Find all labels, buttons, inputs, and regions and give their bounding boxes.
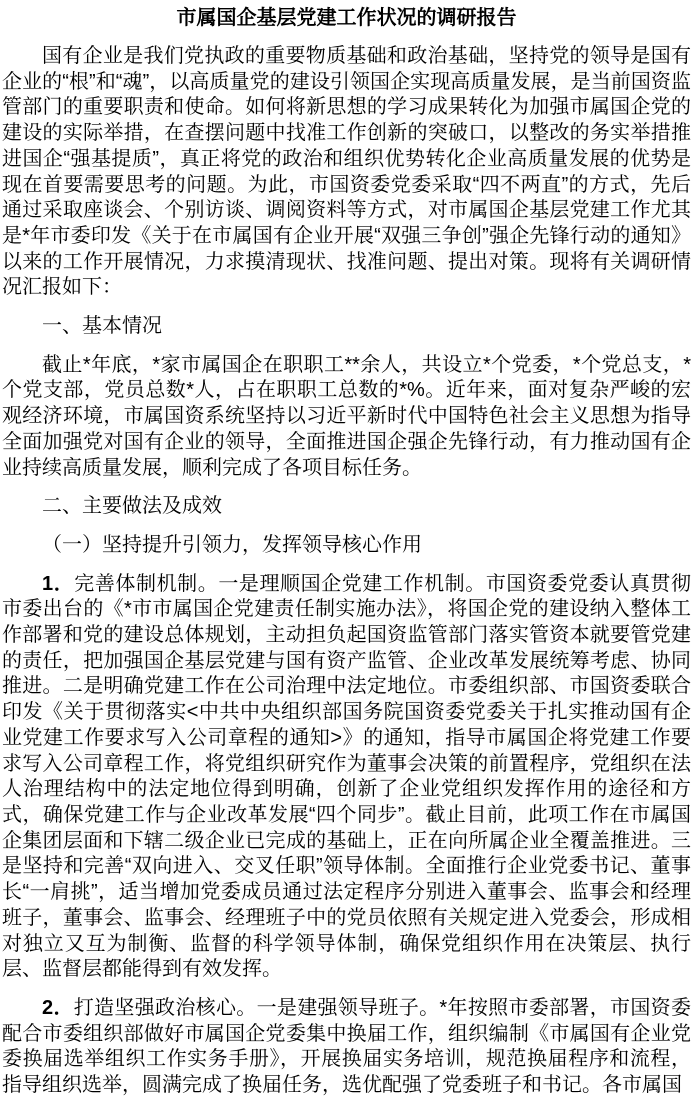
item-1-paragraph: 1．完善体制机制。一是理顺国企党建工作机制。市国资委党委认真贯彻市委出台的《*市… bbox=[2, 572, 691, 983]
section-1-paragraph: 截止*年底，*家市属国企在职职工**余人，共设立*个党委，*个党总支，*个党支部… bbox=[2, 353, 691, 482]
section-2-heading: 二、主要做法及成效 bbox=[2, 494, 691, 520]
section-1-heading: 一、基本情况 bbox=[2, 314, 691, 340]
document-page: 市属国企基层党建工作状况的调研报告 国有企业是我们党执政的重要物质基础和政治基础… bbox=[0, 0, 693, 1097]
item-1-body: 完善体制机制。一是理顺国企党建工作机制。市国资委党委认真贯彻市委出台的《*市市属… bbox=[2, 573, 691, 981]
document-title: 市属国企基层党建工作状况的调研报告 bbox=[2, 5, 691, 31]
intro-paragraph: 国有企业是我们党执政的重要物质基础和政治基础，坚持党的领导是国有企业的“根”和“… bbox=[2, 44, 691, 301]
item-2-paragraph: 2．打造坚强政治核心。一是建强领导班子。*年按照市委部署，市国资委配合市委组织部… bbox=[2, 996, 691, 1097]
item-1-number: 1． bbox=[42, 573, 74, 595]
item-2-body: 打造坚强政治核心。一是建强领导班子。*年按照市委部署，市国资委配合市委组织部做好… bbox=[2, 997, 691, 1096]
subsection-2-1-heading: （一）坚持提升引领力，发挥领导核心作用 bbox=[2, 533, 691, 559]
item-2-number: 2． bbox=[42, 997, 74, 1019]
